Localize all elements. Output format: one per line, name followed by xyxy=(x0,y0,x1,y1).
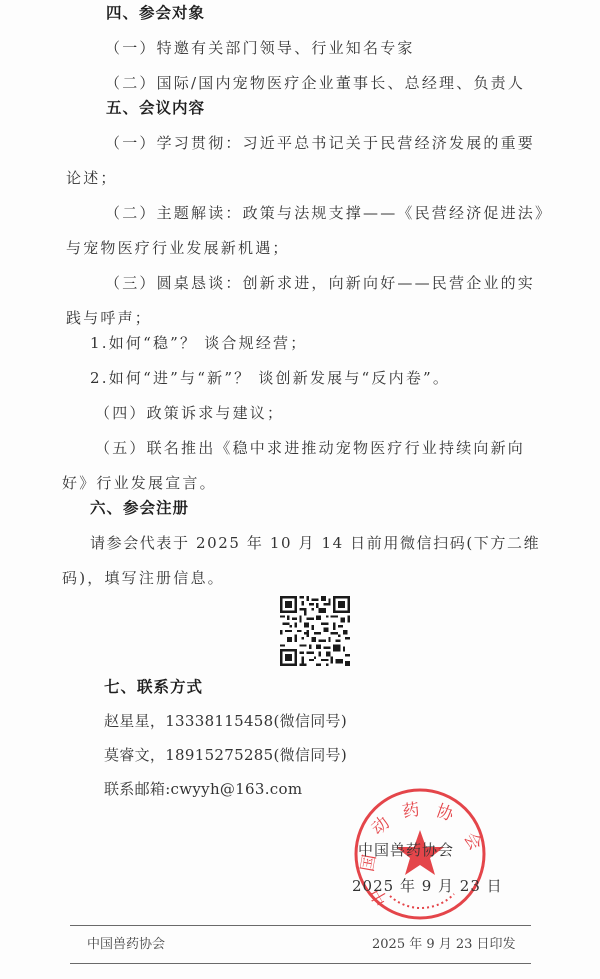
svg-text:药: 药 xyxy=(401,800,421,823)
agenda-subitem-1: 1.如何“稳”？ 谈合规经营； xyxy=(90,333,307,353)
signature-org: 中国兽药协会 xyxy=(358,840,454,860)
agenda-item-2-line-1: （二）主题解读：政策与法规支撑——《民营经济促进法》 xyxy=(105,203,552,223)
contact-email: 联系邮箱:cwyyh@163.com xyxy=(104,779,302,799)
registration-text-line-2: 码)，填写注册信息。 xyxy=(62,568,225,588)
document-page: 四、参会对象 （一）特邀有关部门领导、行业知名专家 （二）国际/国内宠物医疗企业… xyxy=(0,0,600,979)
agenda-item-5-line-2: 好》行业发展宣言。 xyxy=(62,473,217,493)
footer-org: 中国兽药协会 xyxy=(87,936,165,954)
signature-date: 2025 年 9 月 23 日 xyxy=(352,876,503,896)
footer-bottom-rule xyxy=(70,963,531,964)
section-heading-agenda: 五、会议内容 xyxy=(106,98,205,118)
agenda-item-2-line-2: 与宠物医疗行业发展新机遇； xyxy=(66,238,290,258)
agenda-item-1-line-2: 论述； xyxy=(66,168,118,188)
section-heading-attendees: 四、参会对象 xyxy=(106,3,205,23)
footer-issued-date: 2025 年 9 月 23 日印发 xyxy=(372,936,516,954)
contact-person-1: 赵星星，13338115458(微信同号) xyxy=(104,711,347,731)
agenda-item-1-line-1: （一）学习贯彻：习近平总书记关于民营经济发展的重要 xyxy=(105,133,535,153)
section-heading-contact: 七、联系方式 xyxy=(104,677,203,697)
agenda-item-4: （四）政策诉求与建议； xyxy=(95,403,284,423)
svg-text:动: 动 xyxy=(368,813,394,839)
attendee-item-2: （二）国际/国内宠物医疗企业董事长、总经理、负责人 xyxy=(105,73,525,93)
footer-top-rule xyxy=(70,925,531,926)
section-heading-registration: 六、参会注册 xyxy=(90,498,189,518)
agenda-subitem-2: 2.如何“进”与“新”？ 谈创新发展与“反内卷”。 xyxy=(90,368,450,388)
attendee-item-1: （一）特邀有关部门领导、行业知名专家 xyxy=(105,38,415,58)
contact-person-2: 莫睿文，18915275285(微信同号) xyxy=(104,745,347,765)
agenda-item-5-line-1: （五）联名推出《稳中求进推动宠物医疗行业持续向新向 xyxy=(95,438,525,458)
agenda-item-3-line-1: （三）圆桌恳谈：创新求进，向新向好——民营企业的实 xyxy=(105,273,535,293)
qr-code-icon[interactable] xyxy=(280,596,350,666)
agenda-item-3-line-2: 践与呼声； xyxy=(66,308,152,328)
svg-text:协: 协 xyxy=(433,801,457,826)
registration-text-line-1: 请参会代表于 2025 年 10 月 14 日前用微信扫码(下方二维 xyxy=(90,533,540,553)
